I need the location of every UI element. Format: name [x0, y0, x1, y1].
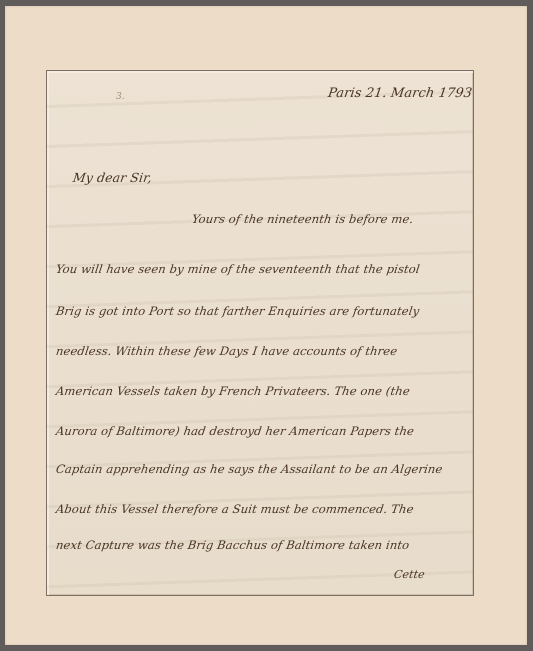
- dateline: Paris 21. March 1793: [327, 86, 473, 101]
- page-number: 3.: [116, 92, 125, 102]
- letter-line: Yours of the nineteenth is before me.: [191, 212, 414, 226]
- letter-line: You will have seen by mine of the sevent…: [55, 262, 421, 276]
- letter-page: [46, 70, 474, 596]
- letter-line: Brig is got into Port so that farther En…: [55, 304, 420, 318]
- bleed-through-texture: [47, 71, 473, 595]
- letter-line: Captain apprehending as he says the Assa…: [55, 462, 443, 476]
- salutation: My dear Sir,: [72, 170, 153, 185]
- letter-line: About this Vessel therefore a Suit must …: [55, 502, 415, 516]
- letter-line: needless. Within these few Days I have a…: [55, 344, 398, 358]
- letter-line: American Vessels taken by French Private…: [55, 384, 411, 398]
- catchword: Cette: [393, 568, 426, 581]
- outer-frame: 3. Paris 21. March 1793 My dear Sir, You…: [0, 0, 533, 651]
- letter-line: Aurora of Baltimore) had destroyd her Am…: [55, 424, 415, 438]
- letter-line: next Capture was the Brig Bacchus of Bal…: [55, 538, 410, 552]
